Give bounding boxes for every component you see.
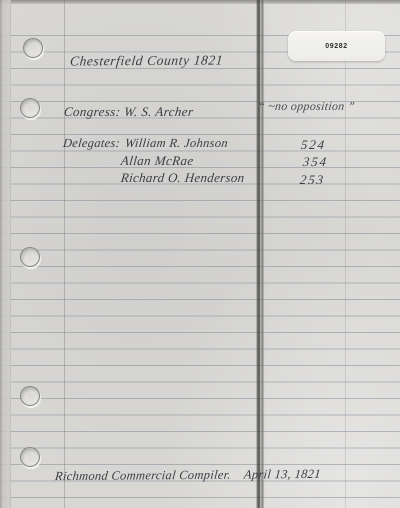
- punch-hole: [20, 98, 40, 118]
- votes-value: 354: [302, 155, 328, 168]
- paper-crease-right: [345, 0, 346, 508]
- punch-hole: [20, 386, 40, 406]
- delegate-name: Richard O. Henderson: [120, 171, 245, 184]
- votes-value: 253: [299, 173, 325, 186]
- scanned-notebook-page: 09282 Chesterfield County 1821 Congress:…: [0, 0, 400, 508]
- delegate-row: Richard O. Henderson: [121, 171, 245, 184]
- catalog-number: 09282: [325, 43, 347, 50]
- note-text: “ ~no opposition ”: [257, 100, 355, 112]
- page-left-margin-strip: [0, 0, 11, 508]
- delegate-votes: 524: [301, 138, 326, 151]
- citation-line: Richmond Commercial Compiler.April 13, 1…: [55, 468, 321, 483]
- punch-hole: [20, 247, 40, 267]
- delegate-row: Allan McRae: [121, 154, 194, 167]
- no-opposition-note: “ ~no opposition ”: [258, 100, 355, 112]
- delegate-name: William R. Johnson: [124, 137, 228, 150]
- catalog-sticker: 09282: [288, 31, 385, 61]
- page-top-edge: [0, 0, 400, 4]
- delegate-votes: 354: [303, 155, 328, 168]
- congress-text: Congress: W. S. Archer: [63, 105, 194, 118]
- delegates-heading: Delegates:: [62, 137, 120, 150]
- punch-hole: [23, 38, 43, 58]
- votes-value: 524: [300, 138, 326, 151]
- delegate-name: Allan McRae: [120, 154, 194, 167]
- citation-source: Richmond Commercial Compiler.: [54, 469, 231, 483]
- delegate-votes: 253: [300, 173, 325, 186]
- page-title: Chesterfield County 1821: [69, 53, 223, 68]
- punch-hole: [20, 447, 40, 467]
- paper-crease-left: [64, 0, 65, 508]
- paper-crease-center: [256, 0, 265, 508]
- citation-date: April 13, 1821: [243, 468, 321, 481]
- title-line: Chesterfield County 1821: [70, 53, 223, 68]
- congress-line: Congress: W. S. Archer: [64, 105, 194, 118]
- delegate-row: Delegates:William R. Johnson: [63, 137, 228, 150]
